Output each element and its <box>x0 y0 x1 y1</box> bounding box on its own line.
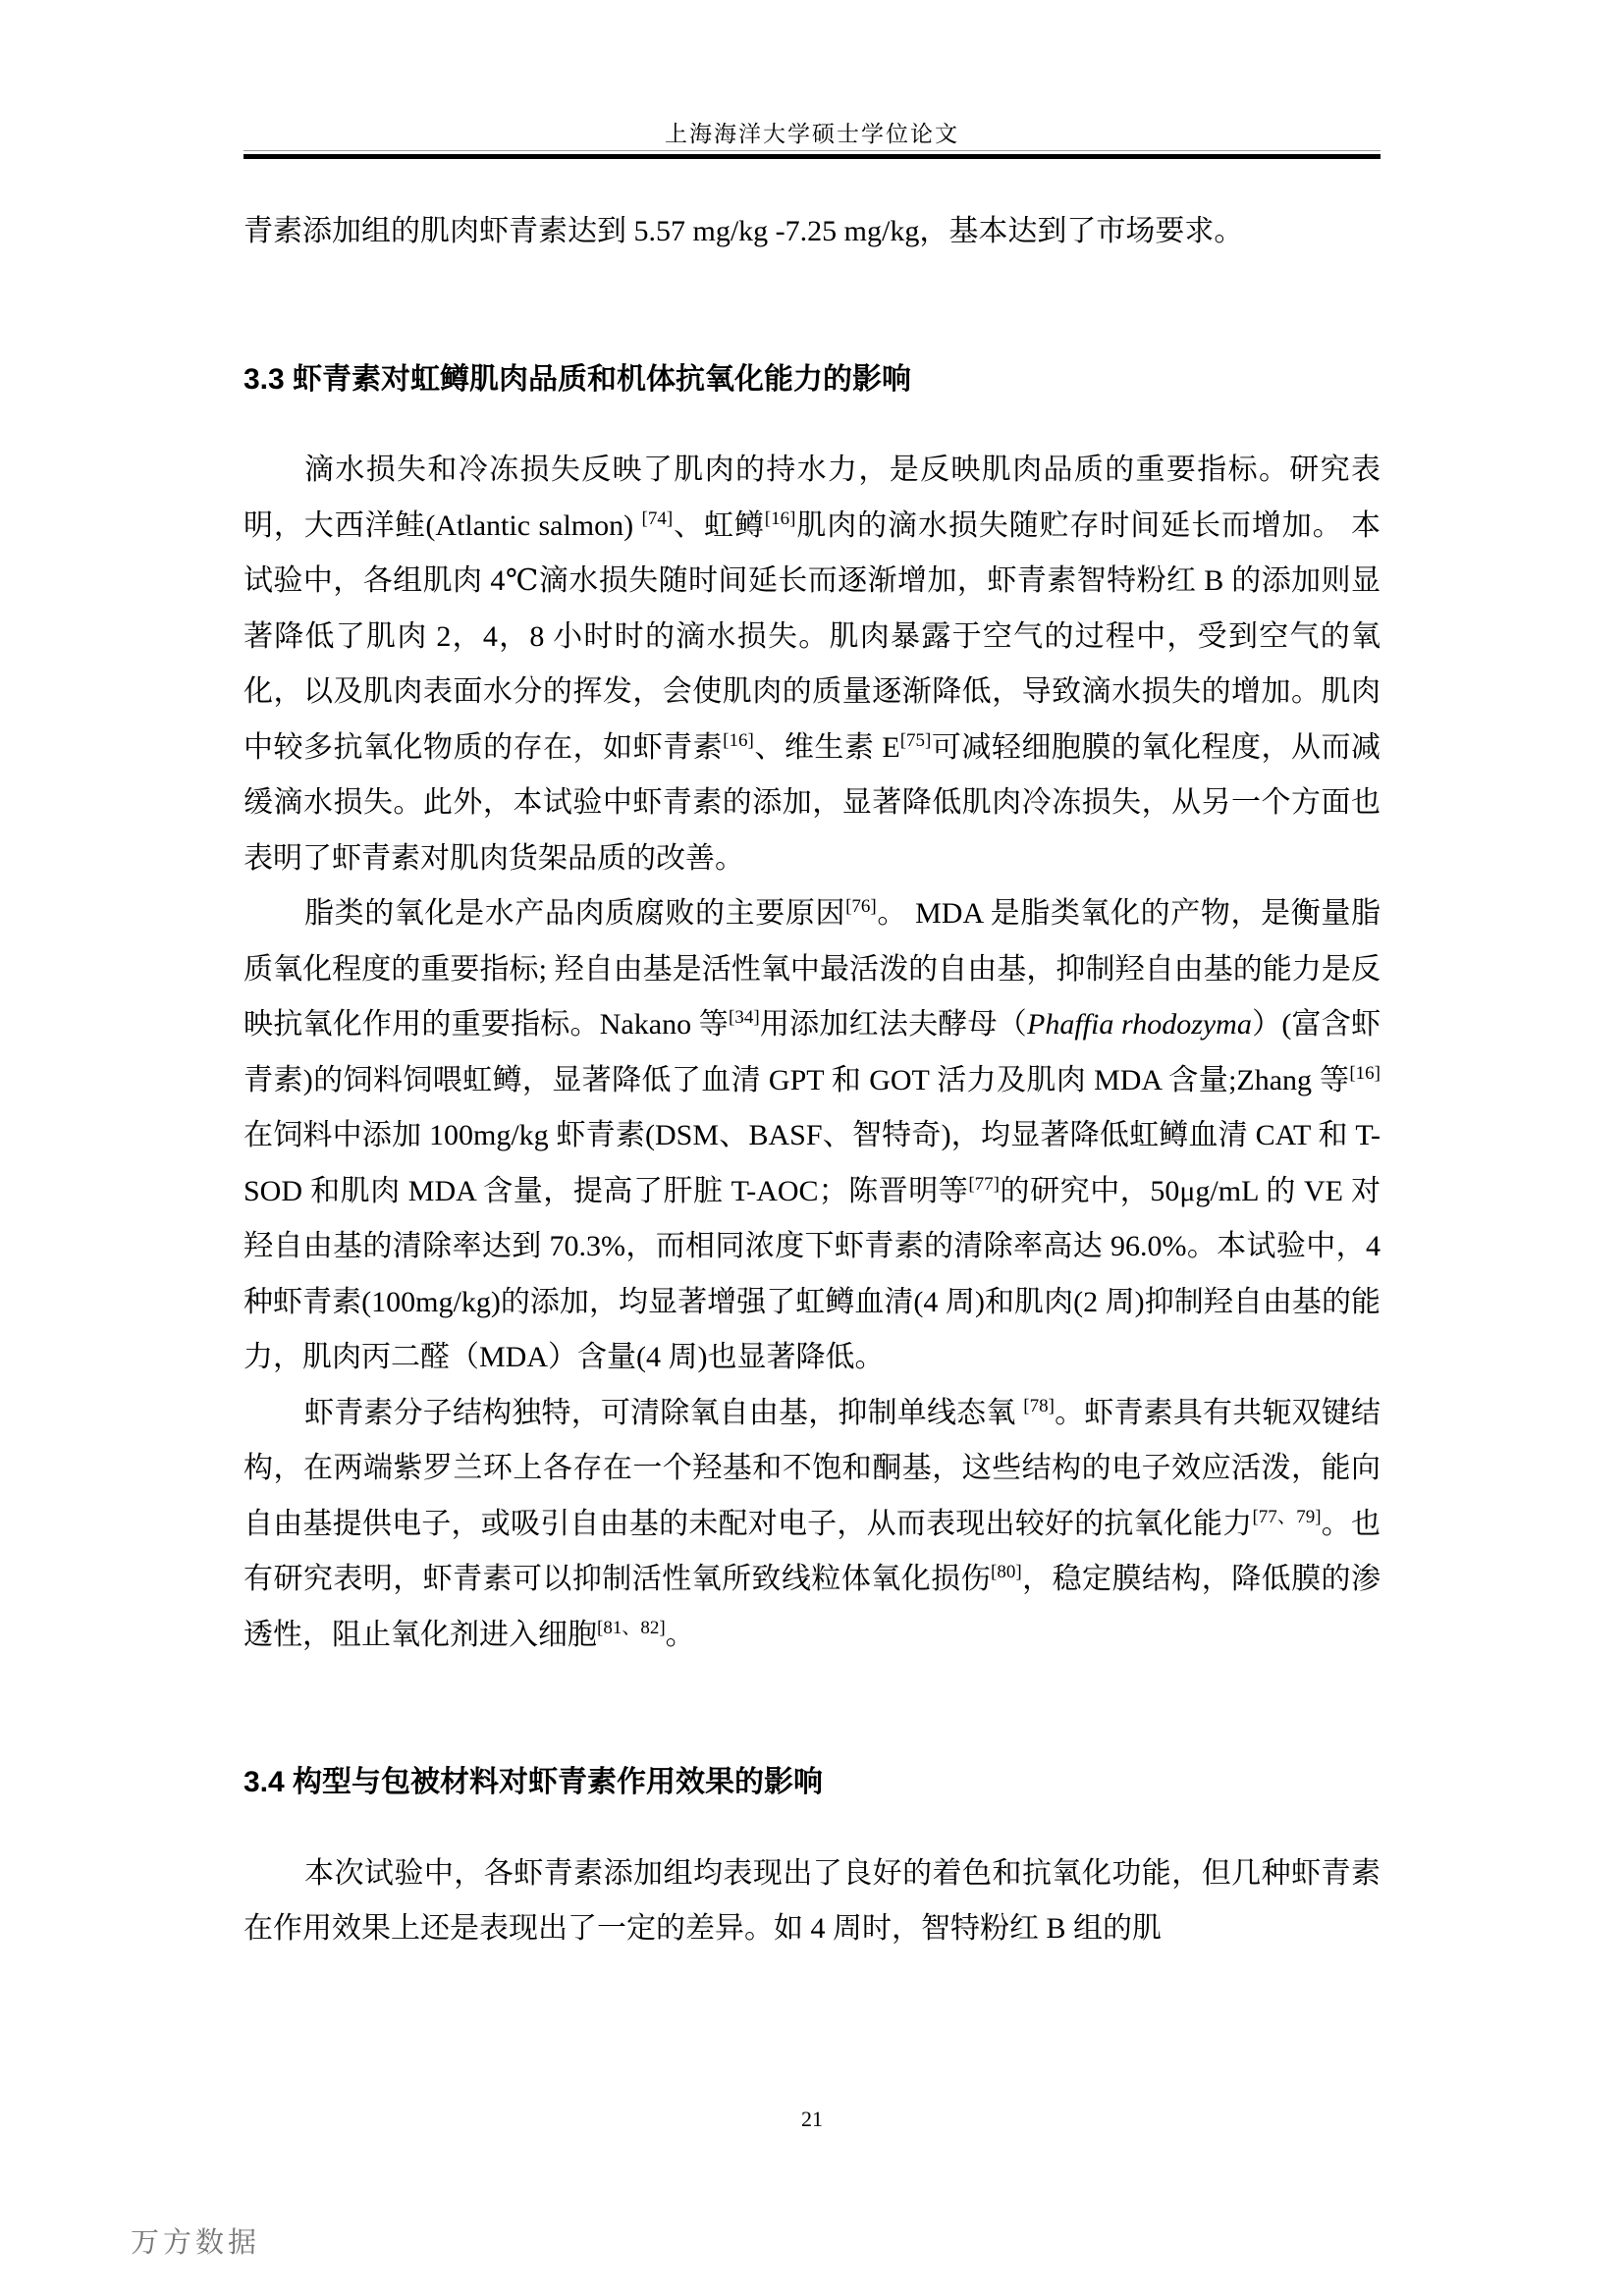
section-heading: 3.3 虾青素对虹鳟肌肉品质和机体抗氧化能力的影响 <box>244 352 1380 408</box>
header-rule-thin <box>244 150 1380 151</box>
text-run: 。 <box>666 1619 695 1651</box>
species-name-italic: Phaffia rhodozyma <box>1027 1008 1252 1041</box>
wanfang-watermark: 万方数据 <box>131 2220 260 2261</box>
reference-superscript: [75] <box>900 730 932 751</box>
reference-superscript: [76] <box>845 896 877 917</box>
reference-superscript: [16] <box>1349 1063 1380 1084</box>
thesis-page: 上海海洋大学硕士学位论文 青素添加组的肌肉虾青素达到 5.57 mg/kg -7… <box>0 0 1624 2296</box>
reference-superscript: [80] <box>991 1562 1022 1582</box>
text-run: 本次试验中，各虾青素添加组均表现出了良好的着色和抗氧化功能，但几种虾青素在作用效… <box>244 1857 1380 1946</box>
body-paragraph: 滴水损失和冷冻损失反映了肌肉的持水力，是反映肌肉品质的重要指标。研究表明，大西洋… <box>244 443 1380 886</box>
reference-superscript: [81、82] <box>597 1618 666 1638</box>
body-paragraph: 本次试验中，各虾青素添加组均表现出了良好的着色和抗氧化功能，但几种虾青素在作用效… <box>244 1846 1380 1957</box>
text-run: 肌肉的滴水损失随贮存时间延长而增加。 本试验中，各组肌肉 4℃滴水损失随时间延长… <box>244 509 1380 764</box>
reference-superscript: [74] <box>642 508 674 529</box>
reference-superscript: [16] <box>765 508 796 529</box>
body-paragraph: 青素添加组的肌肉虾青素达到 5.57 mg/kg -7.25 mg/kg，基本达… <box>244 204 1380 260</box>
text-run: 虾青素分子结构独特，可清除氧自由基，抑制单线态氧 <box>304 1397 1023 1429</box>
reference-superscript: [77、79] <box>1252 1507 1321 1527</box>
section-heading: 3.4 构型与包被材料对虾青素作用效果的影响 <box>244 1755 1380 1811</box>
body-paragraph: 虾青素分子结构独特，可清除氧自由基，抑制单线态氧 [78]。虾青素具有共轭双键结… <box>244 1386 1380 1664</box>
body-paragraph: 脂类的氧化是水产品肉质腐败的主要原因[76]。 MDA 是脂类氧化的产物，是衡量… <box>244 886 1380 1386</box>
text-run: 青素添加组的肌肉虾青素达到 5.57 mg/kg -7.25 mg/kg，基本达… <box>244 215 1243 247</box>
reference-superscript: [78] <box>1023 1396 1055 1416</box>
text-run: 、虹鳟 <box>673 509 765 542</box>
text-run: 用添加红法夫酵母（ <box>760 1008 1027 1041</box>
running-head-title: 上海海洋大学硕士学位论文 <box>0 116 1624 148</box>
reference-superscript: [34] <box>729 1007 760 1028</box>
page-number: 21 <box>0 2107 1624 2132</box>
text-run: 脂类的氧化是水产品肉质腐败的主要原因 <box>304 897 845 930</box>
reference-superscript: [16] <box>723 730 754 751</box>
text-run: 、维生素 E <box>754 731 900 764</box>
reference-superscript: [77] <box>968 1174 1000 1195</box>
document-body: 青素添加组的肌肉虾青素达到 5.57 mg/kg -7.25 mg/kg，基本达… <box>244 204 1380 1957</box>
header-rule <box>244 154 1380 159</box>
